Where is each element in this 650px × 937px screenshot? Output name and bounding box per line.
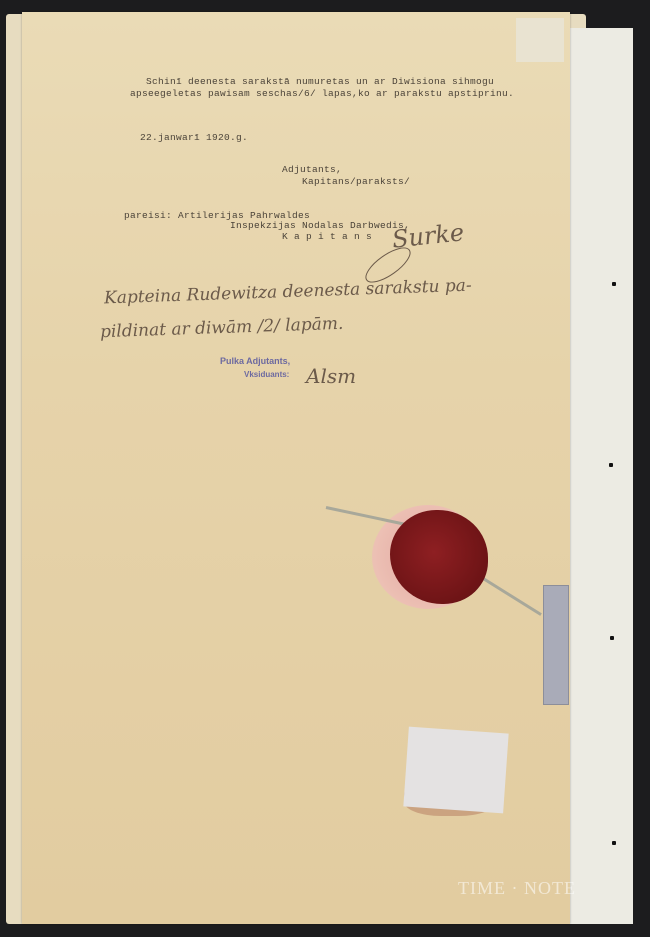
typed-line-1: Schinī deenesta sarakstā numuretas un ar… [146, 76, 494, 88]
punch-hole [612, 282, 616, 286]
typed-adjutant-title: Adjutants, [282, 164, 342, 176]
typed-adjutant-sign: Kapitans/paraksts/ [302, 176, 410, 188]
typed-date: 22.janwarī 1920.g. [140, 132, 248, 144]
typed-correct-rank: K a p i t a n s [282, 231, 372, 243]
paper-patch [403, 727, 508, 814]
tape-strip [543, 585, 569, 705]
punch-hole [609, 463, 613, 467]
punch-hole [610, 636, 614, 640]
watermark: TIME · NOTE [458, 878, 576, 899]
underlying-white-sheet [560, 28, 633, 924]
stamp-signature: Alsm [306, 364, 356, 388]
paper-tab [516, 18, 564, 62]
stamp-line-1: Pulka Adjutants, [220, 356, 290, 367]
stamp-line-2: Vksiduants: [244, 369, 289, 380]
punch-hole [612, 841, 616, 845]
typed-line-2: apseegeletas pawisam seschas/6/ lapas,ko… [130, 88, 514, 100]
